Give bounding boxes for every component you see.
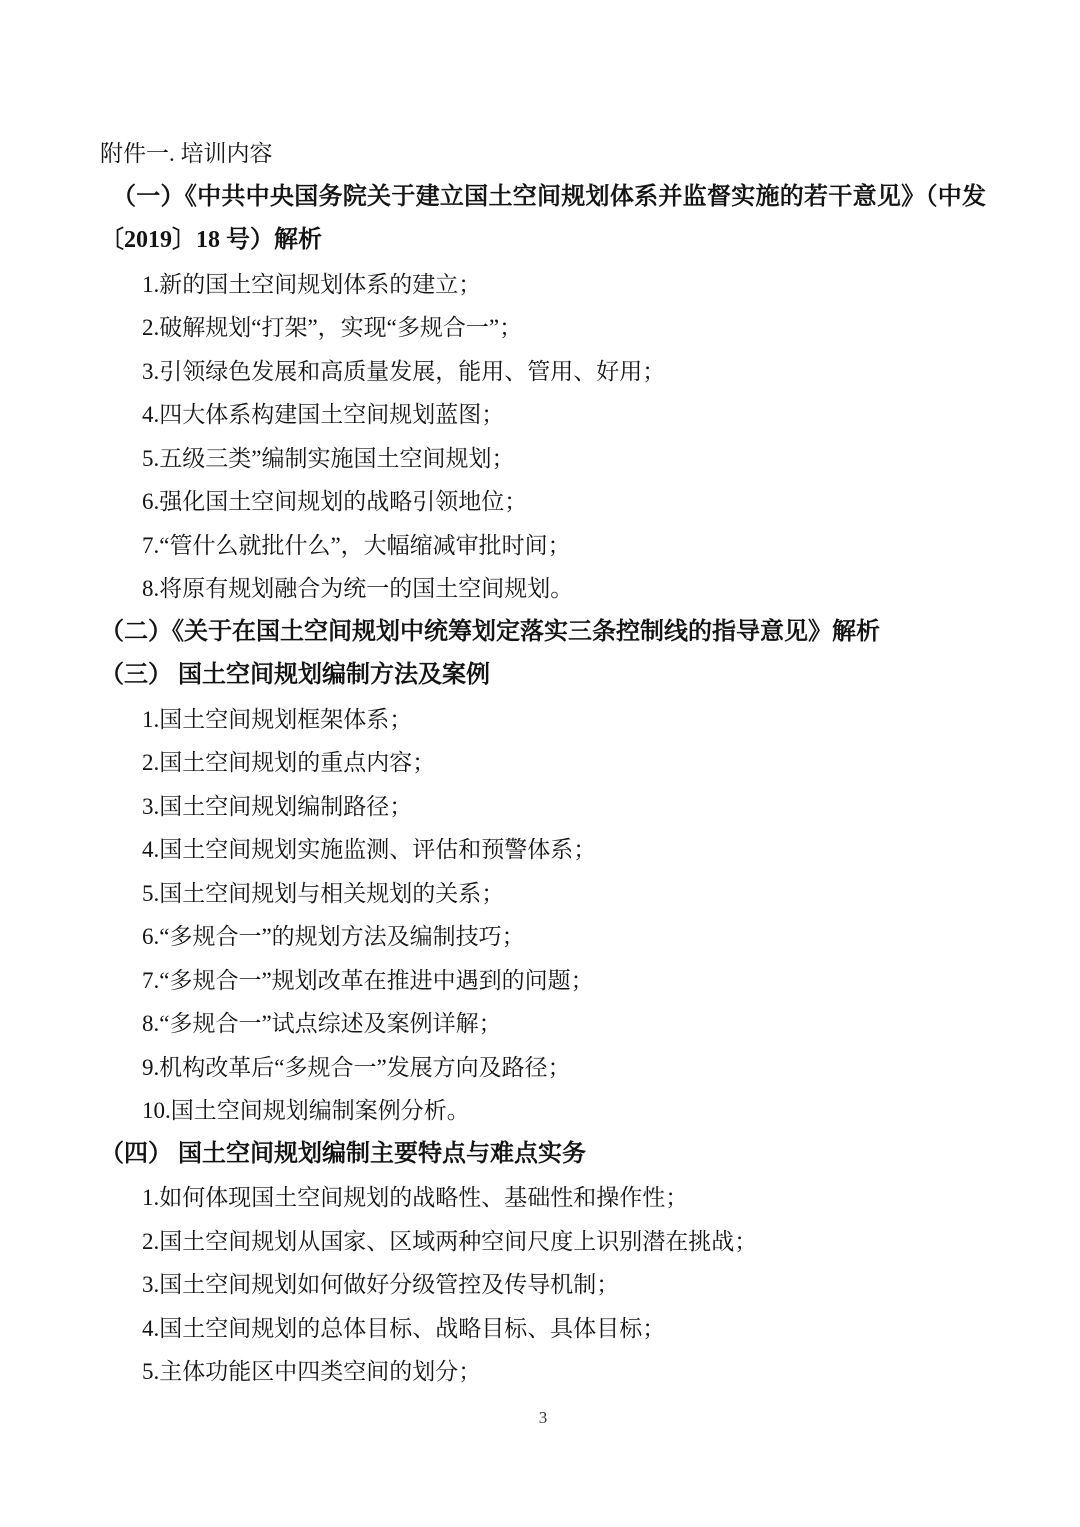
list-item: 2.国土空间规划的重点内容； bbox=[100, 741, 986, 785]
list-item: 5.主体功能区中四类空间的划分； bbox=[100, 1350, 986, 1394]
list-item: 6.强化国土空间规划的战略引领地位； bbox=[100, 480, 986, 524]
list-item: 4.国土空间规划实施监测、评估和预警体系； bbox=[100, 828, 986, 872]
list-item: 3.国土空间规划编制路径； bbox=[100, 785, 986, 829]
list-item: 3.引领绿色发展和高质量发展，能用、管用、好用； bbox=[100, 350, 986, 394]
list-item: 1.如何体现国土空间规划的战略性、基础性和操作性； bbox=[100, 1176, 986, 1220]
list-item: 6.“多规合一”的规划方法及编制技巧； bbox=[100, 915, 986, 959]
list-item: 7.“管什么就批什么”，大幅缩减审批时间； bbox=[100, 524, 986, 568]
section-2-heading: （二）《关于在国土空间规划中统筹划定落实三条控制线的指导意见》解析 bbox=[100, 611, 986, 655]
list-item: 10.国土空间规划编制案例分析。 bbox=[100, 1089, 986, 1133]
document-page: 附件一. 培训内容 （一）《中共中央国务院关于建立国土空间规划体系并监督实施的若… bbox=[0, 0, 1080, 1527]
list-item: 5.国土空间规划与相关规划的关系； bbox=[100, 872, 986, 916]
attachment-title: 附件一. 培训内容 bbox=[100, 132, 986, 176]
list-item: 8.“多规合一”试点综述及案例详解； bbox=[100, 1002, 986, 1046]
list-item: 2.国土空间规划从国家、区域两种空间尺度上识别潜在挑战； bbox=[100, 1220, 986, 1264]
list-item: 3.国土空间规划如何做好分级管控及传导机制； bbox=[100, 1263, 986, 1307]
section-1: （一）《中共中央国务院关于建立国土空间规划体系并监督实施的若干意见》（中发〔20… bbox=[100, 176, 986, 611]
list-item: 1.国土空间规划框架体系； bbox=[100, 698, 986, 742]
list-item: 7.“多规合一”规划改革在推进中遇到的问题； bbox=[100, 959, 986, 1003]
section-3: （三） 国土空间规划编制方法及案例 1.国土空间规划框架体系； 2.国土空间规划… bbox=[100, 654, 986, 1133]
section-1-heading: （一）《中共中央国务院关于建立国土空间规划体系并监督实施的若干意见》（中发〔20… bbox=[100, 176, 986, 263]
list-item: 2.破解规划“打架”，实现“多规合一”； bbox=[100, 306, 986, 350]
section-3-heading: （三） 国土空间规划编制方法及案例 bbox=[100, 654, 986, 698]
list-item: 4.四大体系构建国土空间规划蓝图； bbox=[100, 393, 986, 437]
list-item: 9.机构改革后“多规合一”发展方向及路径； bbox=[100, 1046, 986, 1090]
section-4-heading: （四） 国土空间规划编制主要特点与难点实务 bbox=[100, 1133, 986, 1177]
list-item: 5.五级三类”编制实施国土空间规划； bbox=[100, 437, 986, 481]
list-item: 1.新的国土空间规划体系的建立； bbox=[100, 263, 986, 307]
section-4: （四） 国土空间规划编制主要特点与难点实务 1.如何体现国土空间规划的战略性、基… bbox=[100, 1133, 986, 1394]
list-item: 8.将原有规划融合为统一的国土空间规划。 bbox=[100, 567, 986, 611]
list-item: 4.国土空间规划的总体目标、战略目标、具体目标； bbox=[100, 1307, 986, 1351]
page-number: 3 bbox=[100, 1406, 986, 1430]
section-2: （二）《关于在国土空间规划中统筹划定落实三条控制线的指导意见》解析 bbox=[100, 611, 986, 655]
